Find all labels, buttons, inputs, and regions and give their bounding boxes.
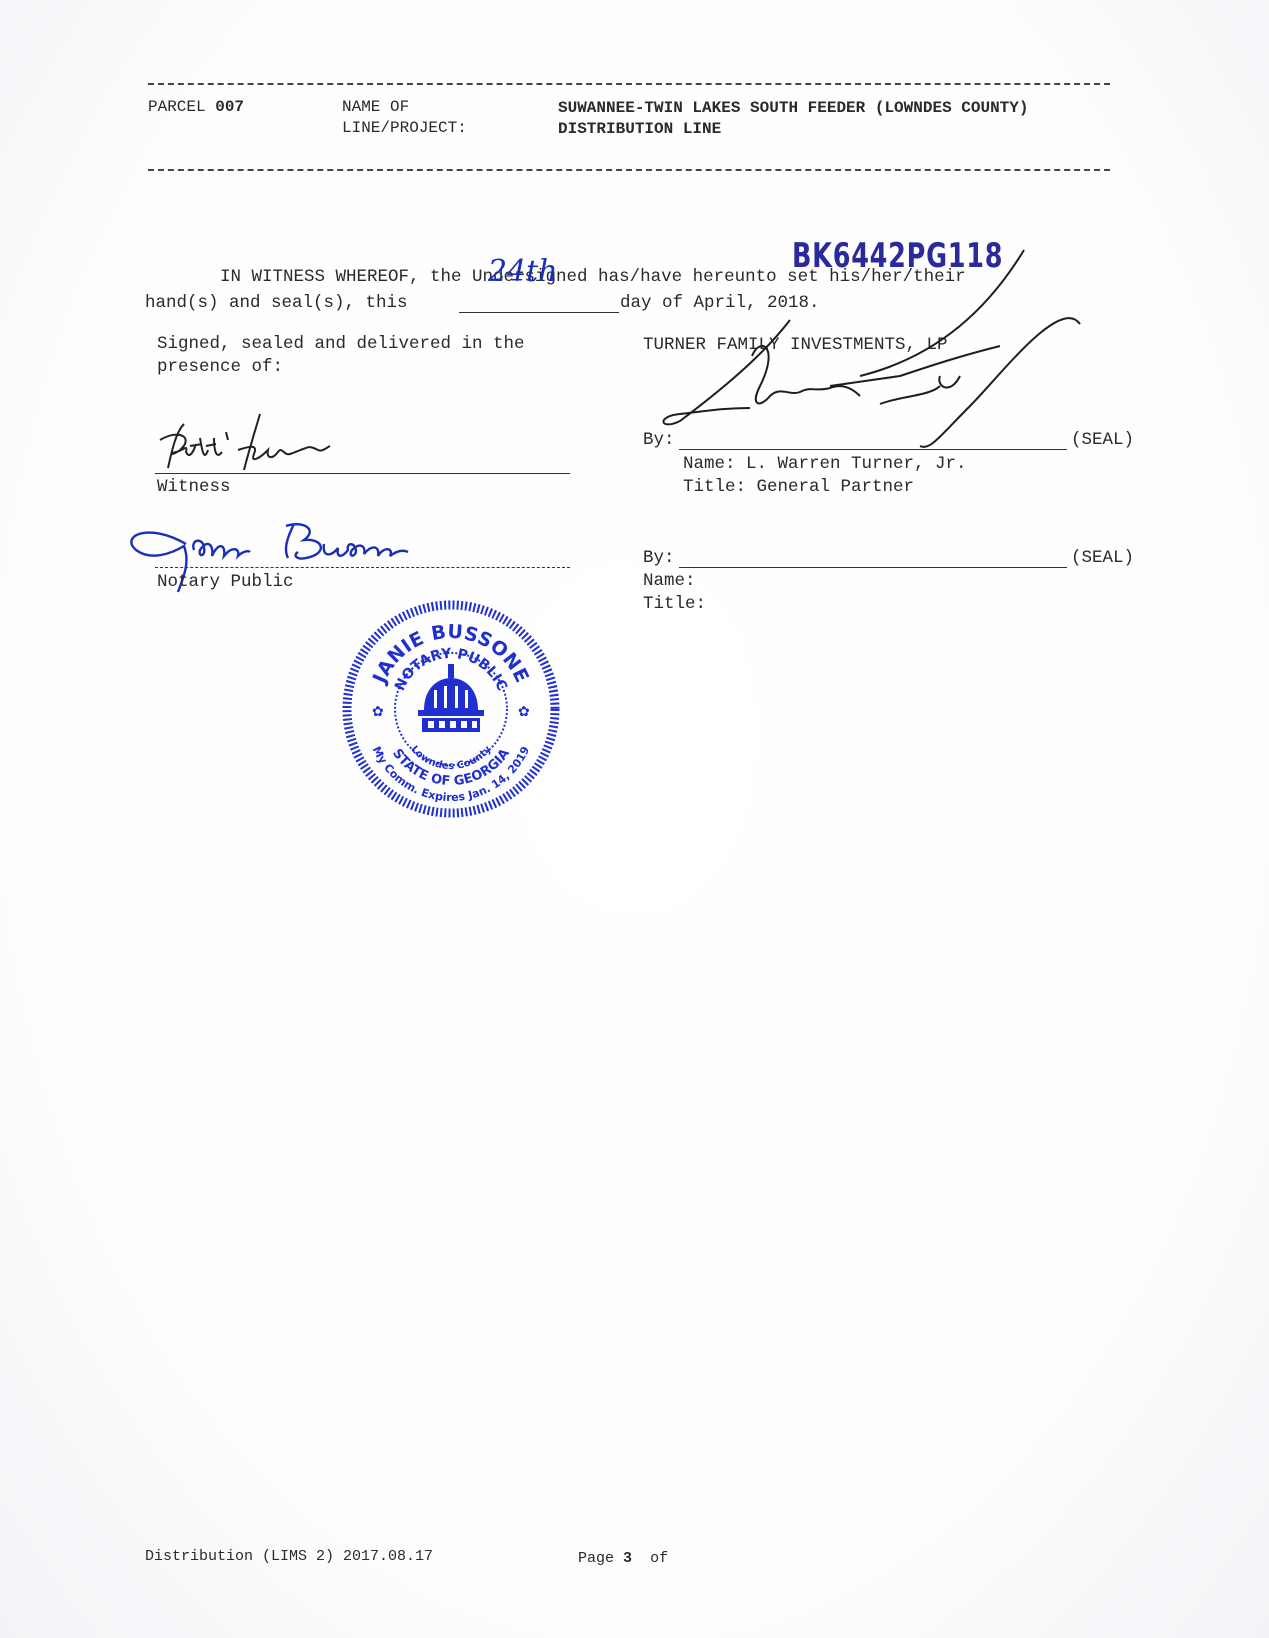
signer2-by-label: By: <box>643 547 675 569</box>
signer2-seal-label: (SEAL) <box>1071 547 1134 569</box>
witness-clause-line2-prefix: hand(s) and seal(s), this <box>145 292 408 314</box>
page-of-label: of <box>650 1550 668 1567</box>
form-identifier: Distribution (LIMS 2) 2017.08.17 <box>145 1548 433 1565</box>
signer1-name: Name: L. Warren Turner, Jr. <box>683 453 967 475</box>
header-top-divider <box>148 83 1110 85</box>
day-blank-line <box>459 312 619 313</box>
svg-text:✿: ✿ <box>518 704 530 720</box>
witness-signature-line <box>155 473 570 474</box>
presence-intro-line2: presence of: <box>157 356 283 378</box>
name-of-label: NAME OF <box>342 97 409 118</box>
signer2-signature-line <box>679 567 1067 568</box>
project-name-line1: SUWANNEE-TWIN LAKES SOUTH FEEDER (LOWNDE… <box>558 98 1028 119</box>
page-indicator: Page 3 of <box>578 1550 668 1567</box>
parcel-number: 007 <box>215 98 244 116</box>
page-label: Page <box>578 1550 614 1567</box>
svg-text:✿: ✿ <box>372 704 384 720</box>
witness-label: Witness <box>157 476 231 498</box>
signer1-signature-line <box>679 449 1067 450</box>
signer1-seal-label: (SEAL) <box>1071 429 1134 451</box>
presence-intro-line1: Signed, sealed and delivered in the <box>157 333 525 355</box>
notary-seal-stamp: JANIE BUSSONE NOTARY PUBLIC Lowndes Coun… <box>340 598 562 820</box>
signer1-title: Title: General Partner <box>683 476 914 498</box>
header-bottom-divider <box>148 169 1110 171</box>
signer2-title: Title: <box>643 593 706 615</box>
parcel-label: PARCEL 007 <box>148 97 244 118</box>
signer2-name: Name: <box>643 570 696 592</box>
project-name-line2: DISTRIBUTION LINE <box>558 119 721 140</box>
notary-signature-line <box>155 567 570 568</box>
parcel-label-text: PARCEL <box>148 98 206 116</box>
notary-label: Notary Public <box>157 571 294 593</box>
page-number: 3 <box>623 1550 632 1567</box>
day-handwritten: 24th <box>488 254 558 289</box>
grantor-signature <box>640 236 1080 446</box>
witness-signature <box>150 410 370 476</box>
signer1-by-label: By: <box>643 429 675 451</box>
line-project-label: LINE/PROJECT: <box>342 118 467 139</box>
